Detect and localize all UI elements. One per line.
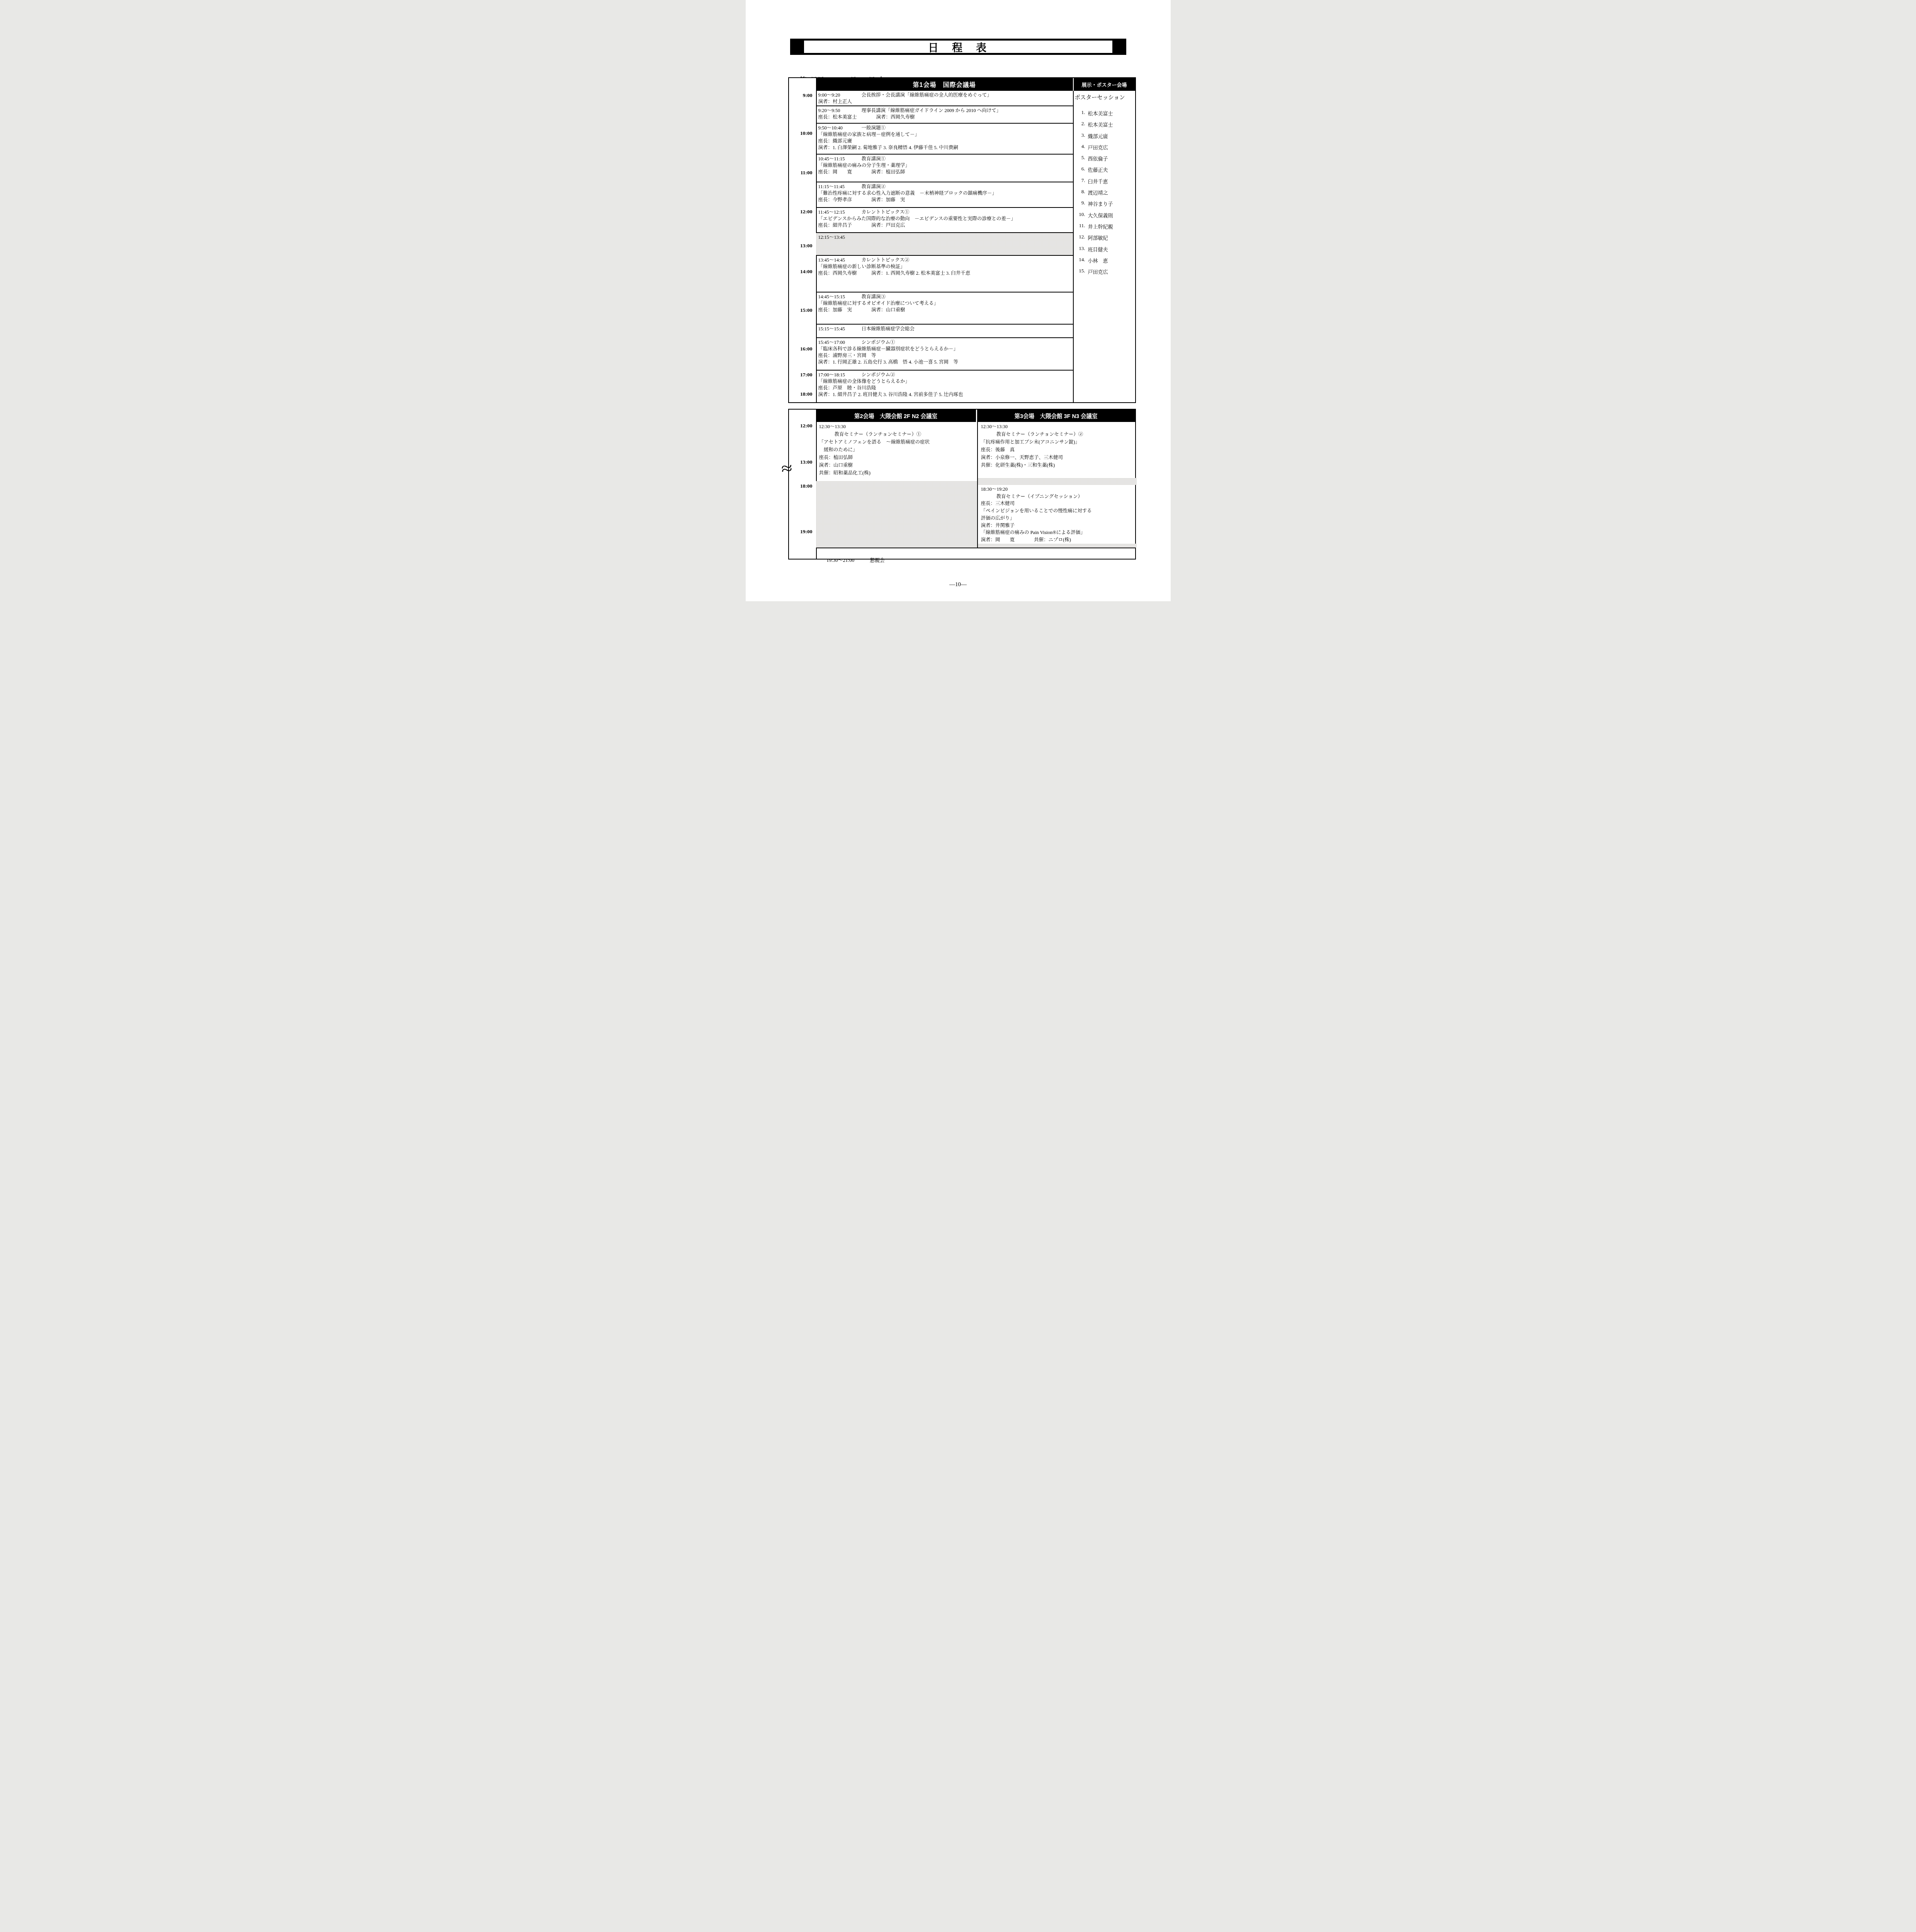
session-name: 教育セミナー（イブニングセッション） [981, 493, 1135, 500]
poster-item: 4.戸田克広 [1074, 143, 1135, 155]
poster-presenter-name: 戸田克広 [1088, 143, 1108, 151]
time-label: 11:00 [801, 170, 813, 175]
session-time: 17:00～18:15 [818, 372, 862, 378]
poster-item-number: 10. [1074, 211, 1085, 218]
session-name: カレントトピックス② [862, 257, 910, 263]
title-bar-left-block [790, 39, 804, 55]
session-row-general1: 9:50～10:40一般演題① 「線維筋痛症の家族と病理－症例を通して－」 座長… [816, 124, 1073, 155]
session-speaker: 演者：井関雅子 [981, 522, 1135, 529]
session-sponsor: 共催：昭和薬品化工(株) [819, 469, 976, 477]
session-chair: 座長：細井昌子 演者：戸田克広 [818, 222, 1071, 229]
session-time: 9:00～9:20 [818, 92, 862, 99]
session-title: 「抗疼痛作用と加工ブシ末(アコニンサン錠)」 [981, 438, 1135, 446]
poster-item-number: 6. [1074, 166, 1085, 172]
session-time: 15:45～17:00 [818, 339, 862, 346]
poster-item-number: 11. [1074, 223, 1085, 229]
session-chair: 座長：浦野房三・宮岡 等 [818, 352, 1071, 359]
poster-item: 13.班目健夫 [1074, 245, 1135, 257]
time-label: 9:00 [803, 92, 813, 98]
session-speaker-sponsor: 演者：岡 寛 共催：ニプロ(株) [981, 536, 1135, 544]
session-title-line2: 評価の広がり」 [981, 515, 1135, 522]
session-speaker: 演者：山口重樹 [819, 461, 976, 469]
poster-item-number: 2. [1074, 121, 1085, 127]
session-title: 「線維筋痛症の全体像をどうとらえるか」 [818, 378, 1071, 385]
poster-presenter-name: 織部元廣 [1088, 132, 1108, 139]
poster-item-number: 13. [1074, 245, 1085, 252]
poster-item-number: 9. [1074, 200, 1085, 206]
schedule-table-evening: 12:00 13:00 18:00 19:00 ≈ 第2会場 大隈会館 2F N… [788, 409, 1136, 560]
poster-presenter-name: 大久保義則 [1088, 211, 1113, 219]
session-chair: 座長：植田弘師 [819, 454, 976, 461]
poster-presenter-name: 松本美富士 [1088, 121, 1113, 128]
session-row-topics2: 13:45～14:45カレントトピックス② 「線維筋痛症の新しい診断基準の検証」… [816, 256, 1073, 293]
poster-item: 12.阿部敏紀 [1074, 234, 1135, 245]
session-name: カレントトピックス① [862, 209, 910, 215]
poster-item-number: 8. [1074, 189, 1085, 195]
session-time: 14:45～15:15 [818, 294, 862, 300]
time-label: 13:00 [800, 459, 813, 465]
time-axis-column2: 12:00 13:00 18:00 19:00 [789, 410, 817, 559]
poster-item-number: 15. [1074, 268, 1085, 274]
session-name: シンポジウム① [862, 340, 895, 345]
banquet-row: 19:30～21:00懇親会 [816, 548, 1135, 560]
poster-item: 14.小林 恵 [1074, 257, 1135, 268]
session-name: 教育セミナー（ランチョンセミナー）② [981, 430, 1135, 438]
venue2-header: 第2会場 大隈会館 2F N2 会議室 [816, 410, 977, 422]
poster-presenter-name: 神谷まり子 [1088, 200, 1113, 207]
session-title: 「臨床各科で診る線維筋痛症－臓器別症状をどうとらえるか－」 [818, 346, 1071, 352]
session-title: 「難治性疼痛に対する求心性入力遮断の意義 －末梢神経ブロックの鎮痛機序－」 [818, 190, 1071, 197]
session-name: 教育講演③ [862, 294, 886, 299]
poster-item: 10.大久保義則 [1074, 211, 1135, 223]
session-title: 「線維筋痛症に対するオピオイド治療について考える」 [818, 300, 1071, 307]
poster-item-number: 5. [1074, 155, 1085, 161]
poster-item: 7.臼井千恵 [1074, 177, 1135, 189]
session-title-line2: 緩和のために」 [819, 446, 976, 454]
venue3-gap-block [978, 478, 1137, 485]
session-row-lecture3: 14:45～15:15教育講演③ 「線維筋痛症に対するオピオイド治療について考え… [816, 293, 1073, 325]
session-row-lunch-break: 12:15～13:45 [816, 233, 1073, 256]
session-sponsor: 共催：化研生薬(株)・三和生薬(株) [981, 461, 1135, 469]
poster-presenter-name: 西依倫子 [1088, 155, 1108, 162]
session-row-symposium2: 17:00～18:15シンポジウム② 「線維筋痛症の全体像をどうとらえるか」 座… [816, 371, 1073, 404]
session-time: 19:30～21:00 [826, 556, 870, 563]
venue3-evening-session: 18:30～19:20 教育セミナー（イブニングセッション） 座長：三木健司 「… [978, 485, 1137, 544]
session-time: 15:15～15:45 [818, 326, 862, 332]
poster-item: 15.戸田克広 [1074, 268, 1135, 279]
poster-item: 2.松本美富士 [1074, 121, 1135, 132]
title-bar-middle: 日 程 表 [804, 39, 1112, 55]
session-time: 11:45～12:15 [818, 209, 862, 216]
session-speakers: 演者：1. 細井昌子 2. 班目健夫 3. 谷川浩隆 4. 宮前多佳子 5. 辻… [818, 391, 1071, 398]
session-time: 12:30～13:30 [981, 423, 1135, 430]
session-time: 18:30～19:20 [981, 486, 1135, 493]
poster-item-number: 14. [1074, 257, 1085, 263]
time-label: 14:00 [800, 269, 813, 274]
session-chair: 座長：西岡久寿樹 演者：1. 西岡久寿樹 2. 松本美富士 3. 臼井千恵 [818, 270, 1071, 277]
time-label: 10:00 [800, 130, 813, 136]
session-time: 9:50～10:40 [818, 125, 862, 131]
poster-presenter-name: 班目健夫 [1088, 245, 1108, 253]
title-bar-right-block [1112, 39, 1126, 55]
session-row-opening: 9:00～9:20会長挨拶・会長講演「線維筋痛症の全人的医療をめぐって」 演者：… [816, 91, 1073, 106]
time-break-mark: ≈ [780, 463, 792, 475]
time-axis-column: 9:00 10:00 11:00 12:00 13:00 14:00 15:00… [789, 78, 817, 402]
poster-item: 1.松本美富士 [1074, 109, 1135, 121]
session-row-symposium1: 15:45～17:00シンポジウム① 「臨床各科で診る線維筋痛症－臓器別症状をど… [816, 338, 1073, 371]
poster-presenter-name: 松本美富士 [1088, 109, 1113, 117]
poster-item: 8.渡辺靖之 [1074, 189, 1135, 200]
session-title: 「線維筋痛症の痛みの分子生理・薬理学」 [818, 162, 1071, 169]
time-label: 18:00 [800, 483, 813, 489]
session-chair: 座長：三木健司 [981, 500, 1135, 507]
session-title: 「線維筋痛症の家族と病理－症例を通して－」 [818, 131, 1071, 138]
schedule-table-day1: 9:00 10:00 11:00 12:00 13:00 14:00 15:00… [788, 77, 1136, 403]
poster-session-title: ポスターセッション [1074, 91, 1135, 101]
session-name: 教育講演① [862, 156, 886, 162]
time-label: 12:00 [800, 209, 813, 214]
session-chair: 座長：岡 寛 演者：植田弘師 [818, 169, 1071, 175]
poster-session-column: ポスターセッション 1.松本美富士 2.松本美富士 3.織部元廣 4.戸田克広 … [1074, 91, 1135, 402]
poster-item-number: 4. [1074, 143, 1085, 150]
poster-item-number: 7. [1074, 177, 1085, 184]
poster-item: 9.神谷まり子 [1074, 200, 1135, 211]
session-speakers: 演者：1. 行岡正雄 2. 五島史行 3. 高橋 悟 4. 小池一喜 5. 宮岡… [818, 359, 1071, 366]
page-title-bar: 日 程 表 [790, 39, 1126, 55]
poster-presenter-name: 小林 恵 [1088, 257, 1108, 264]
session-chair: 座長：加藤 実 演者：山口重樹 [818, 307, 1071, 313]
time-label: 17:00 [800, 372, 813, 378]
session-row-keynote: 9:20～9:50理事長講演「線維筋痛症ガイドライン 2009 から 2010 … [816, 106, 1073, 124]
session-speakers: 演者：小泉修一、天野恵子、三木健司 [981, 454, 1135, 461]
session-chair: 座長：芦原 睦・谷川浩隆 [818, 385, 1071, 391]
session-title-line1: 「アセトアミノフェンを語る ～線維筋痛症の症状 [819, 438, 976, 446]
page-title: 日 程 表 [928, 39, 988, 54]
poster-item: 5.西依倫子 [1074, 155, 1135, 166]
session-title2: 「線維筋痛症の痛みの Pain Vision®による評価」 [981, 529, 1135, 536]
session-time: 12:15～13:45 [818, 234, 862, 241]
page-number: —10— [746, 582, 1171, 588]
poster-item: 11.井上幹紀親 [1074, 223, 1135, 234]
session-row-lecture2: 11:15～11:45教育講演② 「難治性疼痛に対する求心性入力遮断の意義 －末… [816, 182, 1073, 208]
session-name: 教育セミナー（ランチョンセミナー）① [819, 430, 976, 438]
time-label: 19:00 [800, 529, 813, 534]
session-name: 教育講演② [862, 184, 886, 189]
venue2-luncheon-seminar: 12:30～13:30 教育セミナー（ランチョンセミナー）① 「アセトアミノフェ… [816, 422, 977, 481]
session-name: 会長挨拶・会長講演「線維筋痛症の全人的医療をめぐって」 [862, 92, 992, 98]
time-label: 13:00 [800, 243, 813, 248]
session-name: 日本線維筋痛症学会総会 [862, 326, 915, 332]
session-chair: 座長：後藤 真 [981, 446, 1135, 454]
venue3-header: 第3会場 大隈会館 3F N3 会議室 [977, 410, 1135, 422]
poster-presenter-name: 渡辺靖之 [1088, 189, 1108, 196]
poster-presenter-name: 井上幹紀親 [1088, 223, 1113, 230]
session-rows: 9:00～9:20会長挨拶・会長講演「線維筋痛症の全人的医療をめぐって」 演者：… [816, 91, 1073, 404]
venue3-luncheon-seminar: 12:30～13:30 教育セミナー（ランチョンセミナー）② 「抗疼痛作用と加工… [978, 422, 1137, 478]
venue2-empty-block [816, 481, 977, 548]
poster-item: 3.織部元廣 [1074, 132, 1135, 143]
session-name: 一般演題① [862, 125, 886, 131]
venue3-gap-block2 [978, 544, 1137, 548]
time-label: 18:00 [800, 391, 813, 397]
poster-presenter-list: 1.松本美富士 2.松本美富士 3.織部元廣 4.戸田克広 5.西依倫子 6.佐… [1074, 109, 1135, 279]
session-time: 12:30～13:30 [819, 423, 976, 430]
poster-presenter-name: 阿部敏紀 [1088, 234, 1108, 241]
session-row-topics1: 11:45～12:15カレントトピックス① 「エビデンスからみた国際的な治療の動… [816, 208, 1073, 233]
session-row-lecture1: 10:45～11:15教育講演① 「線維筋痛症の痛みの分子生理・薬理学」 座長：… [816, 155, 1073, 182]
session-speakers: 演者：村上正人 [818, 99, 1071, 105]
session-chair: 座長：織部元廣 [818, 138, 1071, 145]
session-time: 9:20～9:50 [818, 107, 862, 114]
poster-item-number: 1. [1074, 109, 1085, 116]
session-title: 「エビデンスからみた国際的な治療の動向 －エビデンスの重要性と実際の診療との差－… [818, 216, 1071, 222]
poster-venue-header: 展示・ポスター会場 [1074, 78, 1135, 91]
session-time: 13:45～14:45 [818, 257, 862, 264]
session-title-line1: 「ペインビジョンを用いることでの慢性痛に対する [981, 507, 1135, 515]
time-label: 16:00 [800, 346, 813, 352]
time-label: 15:00 [800, 307, 813, 313]
poster-item-number: 3. [1074, 132, 1085, 138]
session-chair: 座長：今野孝彦 演者：加藤 実 [818, 197, 1071, 203]
session-chair: 座長：松本美富士 演者：西岡久寿樹 [818, 114, 1071, 121]
poster-item: 6.佐藤正夫 [1074, 166, 1135, 177]
schedule-document-page: 日 程 表 第1日目11 月 13 日(土) 9:00 10:00 11:00 … [746, 0, 1171, 601]
session-name: 懇親会 [870, 557, 885, 563]
poster-presenter-name: 佐藤正夫 [1088, 166, 1108, 173]
session-name: 理事長講演「線維筋痛症ガイドライン 2009 から 2010 へ向けて」 [862, 108, 1001, 113]
session-title: 「線維筋痛症の新しい診断基準の検証」 [818, 264, 1071, 270]
poster-presenter-name: 戸田克広 [1088, 268, 1108, 275]
session-time: 11:15～11:45 [818, 184, 862, 190]
poster-presenter-name: 臼井千恵 [1088, 177, 1108, 185]
session-name: シンポジウム② [862, 372, 895, 378]
poster-item-number: 12. [1074, 234, 1085, 240]
session-row-assembly: 15:15～15:45日本線維筋痛症学会総会 [816, 325, 1073, 338]
session-time: 10:45～11:15 [818, 156, 862, 162]
time-label: 12:00 [800, 423, 813, 429]
venue1-header: 第1会場 国際会議場 [816, 78, 1073, 91]
session-speakers: 演者：1. 白澤榮嗣 2. 菊地雅子 3. 奈良精悟 4. 伊藤千佳 5. 中川… [818, 145, 1071, 151]
